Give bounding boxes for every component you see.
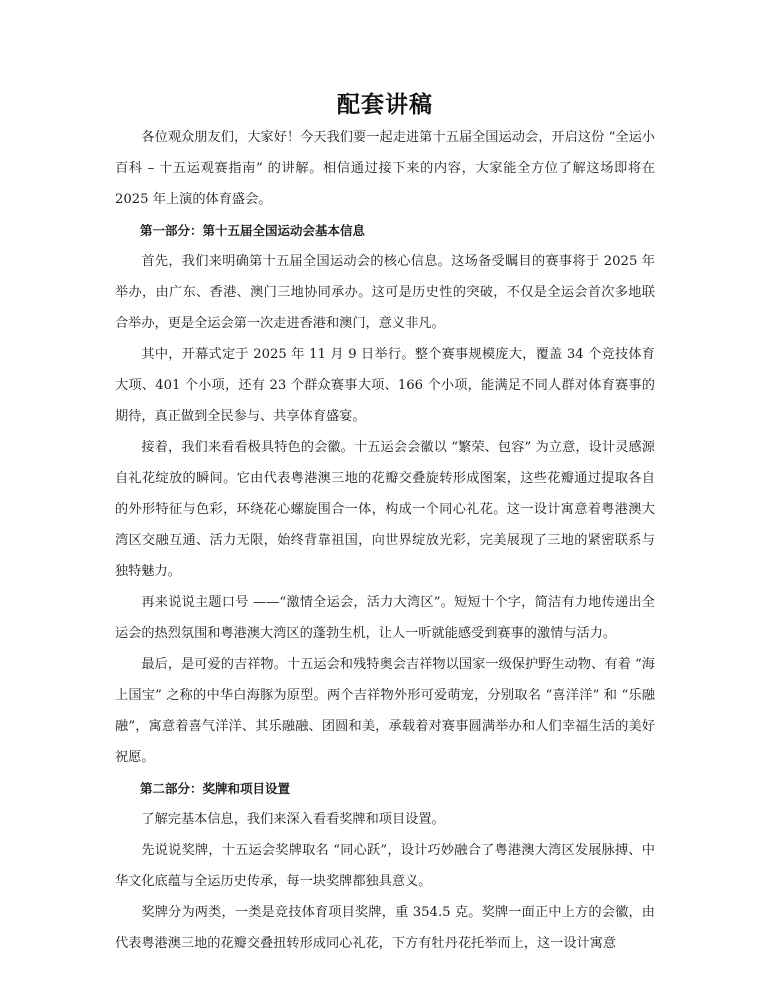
paragraph-slogan: 再来说说主题口号 ——“激情全运会，活力大湾区”。短短十个字，简洁有力地传递出全… — [115, 587, 655, 649]
section-heading-2: 第二部分：奖牌和项目设置 — [115, 773, 655, 804]
paragraph-mascot: 最后，是可爱的吉祥物。十五运会和残特奥会吉祥物以国家一级保护野生动物、有着 “海… — [115, 649, 655, 773]
paragraph-medals-intro: 了解完基本信息，我们来深入看看奖牌和项目设置。 — [115, 804, 655, 835]
intro-paragraph: 各位观众朋友们，大家好！今天我们要一起走进第十五届全国运动会，开启这份 “全运小… — [115, 122, 655, 215]
paragraph-medal-types: 奖牌分为两类，一类是竞技体育项目奖牌，重 354.5 克。奖牌一面正中上方的会徽… — [115, 897, 655, 959]
section-heading-1: 第一部分：第十五届全国运动会基本信息 — [115, 215, 655, 246]
paragraph-core-info: 首先，我们来明确第十五届全国运动会的核心信息。这场备受瞩目的赛事将于 2025 … — [115, 246, 655, 339]
document-title: 配套讲稿 — [115, 88, 655, 122]
document-page: 配套讲稿 各位观众朋友们，大家好！今天我们要一起走进第十五届全国运动会，开启这份… — [115, 88, 655, 959]
paragraph-schedule-scale: 其中，开幕式定于 2025 年 11 月 9 日举行。整个赛事规模庞大，覆盖 3… — [115, 339, 655, 432]
paragraph-medal-name: 先说说奖牌，十五运会奖牌取名 “同心跃”，设计巧妙融合了粤港澳大湾区发展脉搏、中… — [115, 835, 655, 897]
paragraph-emblem: 接着，我们来看看极具特色的会徽。十五运会会徽以 “繁荣、包容” 为立意，设计灵感… — [115, 432, 655, 587]
